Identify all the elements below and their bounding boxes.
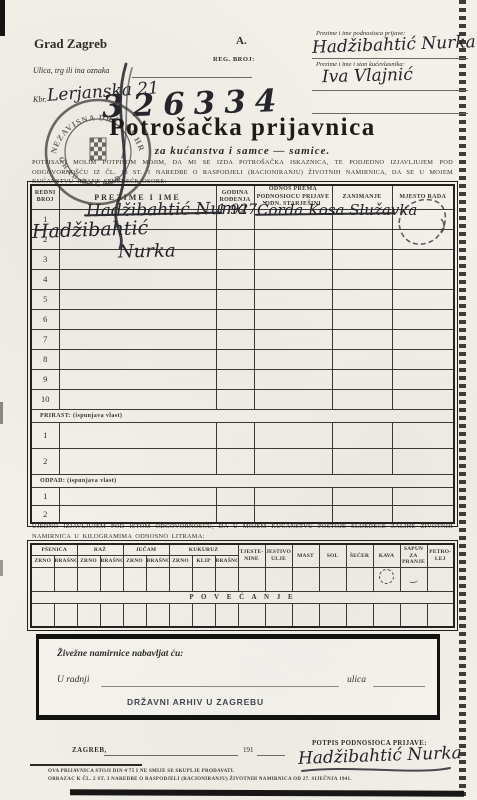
col-sub-brasno: BRAŠNO bbox=[100, 555, 123, 567]
purchase-line1: Živežne namirnice nabavljat ću: bbox=[57, 649, 183, 659]
col-sub-zrno: ZRNO bbox=[31, 555, 54, 567]
col-sub-brasno: BRAŠNO bbox=[54, 555, 77, 567]
col-header-secer: ŠEĆER bbox=[346, 544, 373, 567]
scan-perforation-edge bbox=[459, 0, 466, 800]
archive-stamp-text: DRŽAVNI ARHIV U ZAGREBU bbox=[127, 697, 264, 707]
pen-circle-mark bbox=[377, 567, 395, 585]
row-number: 7 bbox=[31, 329, 59, 349]
row3-name-handwritten: Nurka bbox=[118, 240, 176, 262]
prirast-row: 2 bbox=[31, 448, 454, 474]
rule-line bbox=[257, 755, 285, 756]
member-row: 4 bbox=[31, 269, 454, 289]
odpad-row: 2 bbox=[31, 505, 454, 523]
col-sub-zrno: ZRNO bbox=[77, 555, 100, 567]
member-row: 5 bbox=[31, 289, 454, 309]
col-group-jecam: JEČAM bbox=[123, 544, 169, 555]
rule-line bbox=[312, 90, 468, 91]
city-heading: Grad Zagreb bbox=[34, 36, 107, 52]
supplies-value-row bbox=[31, 567, 454, 591]
povecanje-band: P O V E Ć A N J E bbox=[31, 591, 454, 603]
rule-line bbox=[312, 58, 468, 59]
prirast-label: PRIRAST: (ispunjava vlast) bbox=[31, 409, 454, 422]
rule-line bbox=[101, 686, 339, 687]
row-number: 3 bbox=[31, 249, 59, 269]
declaration-text: POTPISANI MOLIM POTPISOM MOJIM, DA MI SE… bbox=[32, 158, 453, 187]
col-header-jestivo-ulje: JESTIVO ULJE bbox=[265, 544, 292, 567]
shop-street-label: ulica bbox=[347, 675, 366, 685]
col-header-mast: MAST bbox=[292, 544, 319, 567]
col-header-tjestenine: TJESTE- NINE bbox=[238, 544, 265, 567]
member-row: 8 bbox=[31, 349, 454, 369]
pen-scribble bbox=[393, 191, 453, 253]
landlord-handwritten-value: Iva Vlajnić bbox=[322, 65, 413, 87]
rule-line bbox=[373, 686, 425, 687]
supplies-group-header-row: PŠENICA RAŽ JEČAM KUKURUZ TJESTE- NINE J… bbox=[31, 544, 454, 555]
col-sub-zrno: ZRNO bbox=[123, 555, 146, 567]
applicant-handwritten-value: Hadžibahtić Nurka bbox=[312, 32, 476, 58]
odpad-band: ODPAD: (ispunjava vlast) bbox=[31, 474, 454, 487]
purchase-declaration-box: Živežne namirnice nabavljat ću: U radnji… bbox=[36, 634, 440, 720]
odpad-label: ODPAD: (ispunjava vlast) bbox=[31, 474, 454, 487]
row-number: 8 bbox=[31, 349, 59, 369]
signature-flourish bbox=[300, 763, 452, 777]
member-row: 7 bbox=[31, 329, 454, 349]
row2-name-handwritten: Hadžibahtić bbox=[32, 217, 149, 243]
scan-edge-mark bbox=[0, 560, 3, 576]
row-number: 5 bbox=[31, 289, 59, 309]
col-sub-brasno: BRAŠNO bbox=[215, 555, 238, 567]
scan-edge-bottom-bar bbox=[70, 789, 464, 796]
row-number: 2 bbox=[31, 505, 59, 523]
row-number: 9 bbox=[31, 369, 59, 389]
footer-year-prefix: 191 bbox=[243, 746, 254, 754]
col-header-sol: SOL bbox=[319, 544, 346, 567]
row-number: 2 bbox=[31, 448, 59, 474]
row1-birth-handwritten: 1.927 bbox=[217, 202, 257, 218]
col-header-redni-broj: REDNI BROJ bbox=[31, 185, 59, 209]
rule-line bbox=[104, 755, 238, 756]
food-supplies-table: PŠENICA RAŽ JEČAM KUKURUZ TJESTE- NINE J… bbox=[30, 543, 455, 628]
scan-edge-mark bbox=[0, 0, 5, 36]
fine-print-line2: OBRAZAC K ČL. 2 ST. 3 NAREDBE O RASPODJE… bbox=[48, 777, 352, 782]
footer-city-label: ZAGREB, bbox=[72, 746, 107, 754]
member-row: 10 bbox=[31, 389, 454, 409]
col-group-psenica: PŠENICA bbox=[31, 544, 77, 555]
col-group-kukuruz: KUKURUZ bbox=[169, 544, 238, 555]
col-sub-klip: KLIP bbox=[192, 555, 215, 567]
col-header-kava: KAVA bbox=[373, 544, 400, 567]
supplies-declaration-text: UJEDNO IZJAVLJUJEM POD ISTOM ODGOVORNOŠĆ… bbox=[32, 522, 453, 541]
member-row: 6 bbox=[31, 309, 454, 329]
row-number: 10 bbox=[31, 389, 59, 409]
fine-print-line1: OVA PRIJAVNICA STOJI DIN 4'75 I NE SMIJE… bbox=[48, 769, 235, 774]
odpad-row: 1 bbox=[31, 487, 454, 505]
reg-number-label: REG. BROJ: bbox=[213, 56, 255, 63]
section-letter: A. bbox=[236, 35, 247, 47]
prirast-band: PRIRAST: (ispunjava vlast) bbox=[31, 409, 454, 422]
member-row: 9 bbox=[31, 369, 454, 389]
pen-tilde-mark bbox=[409, 577, 419, 583]
col-header-sapun: SAPUN ZA PRANJE bbox=[400, 544, 427, 567]
scanned-form-page: Grad Zagreb A. REG. BROJ: Prezime i ime … bbox=[0, 0, 477, 800]
row-number: 1 bbox=[31, 487, 59, 505]
row-number: 4 bbox=[31, 269, 59, 289]
col-sub-zrno: ZRNO bbox=[169, 555, 192, 567]
form-subtitle: za kućanstva i samce — samice. bbox=[30, 145, 455, 157]
footer-rule bbox=[30, 764, 142, 766]
col-sub-brasno: BRAŠNO bbox=[146, 555, 169, 567]
form-title: Potrošačka prijavnica bbox=[30, 114, 455, 142]
supplies-value-row bbox=[31, 603, 454, 627]
shop-label: U radnji bbox=[57, 675, 89, 685]
row-number: 6 bbox=[31, 309, 59, 329]
member-row: 3 bbox=[31, 249, 454, 269]
scan-edge-mark bbox=[0, 402, 3, 424]
row-number: 1 bbox=[31, 422, 59, 448]
prirast-row: 1 bbox=[31, 422, 454, 448]
povecanje-label: P O V E Ć A N J E bbox=[31, 591, 454, 603]
col-header-petrolej: PETRO- LEJ bbox=[427, 544, 454, 567]
col-group-raz: RAŽ bbox=[77, 544, 123, 555]
